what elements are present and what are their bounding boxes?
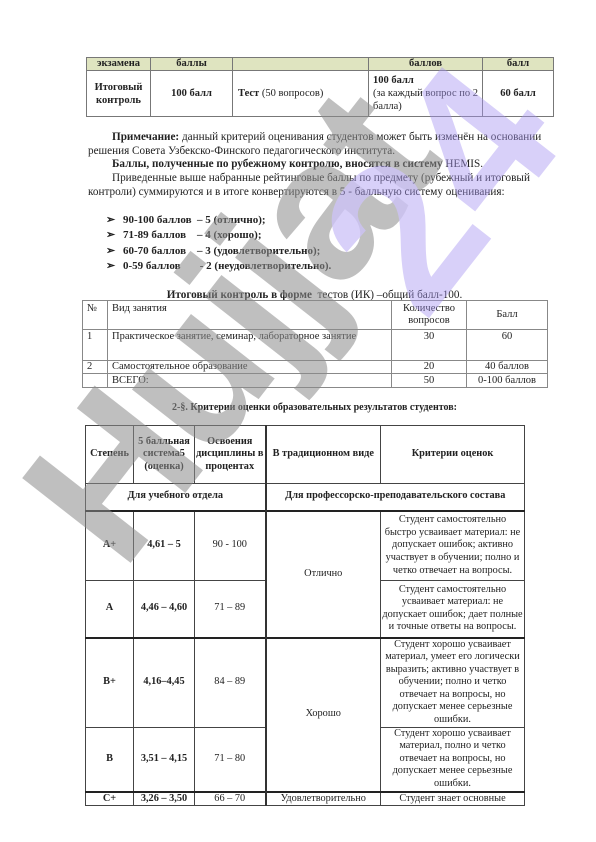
grade-text: 60-70 баллов – 3 (удовлетворительно); (123, 245, 320, 257)
header-cell: Количество вопросов (392, 301, 467, 330)
traditional-cell: Хорошо (266, 638, 381, 792)
subheader-cell: Для профессорско-преподавательского сост… (266, 484, 525, 511)
header-cell: баллы (151, 58, 233, 71)
table-row: ВСЕГО: 50 0-100 баллов (83, 374, 548, 388)
percent-cell: 71 – 89 (195, 581, 266, 638)
grade-text: 90-100 баллов – 5 (отлично); (123, 214, 266, 226)
num-cell: 2 (83, 361, 108, 374)
questions-cell: 30 (392, 330, 467, 361)
score-bold: 100 балл (373, 74, 482, 87)
hemis-paragraph: Баллы, полученные по рубежному контролю,… (88, 158, 548, 172)
table-row: B+ 4,16–4,45 84 – 89 Хорошо Студент хоро… (86, 638, 525, 728)
section-heading: 2-§. Критерии оценки образовательных рез… (82, 402, 547, 415)
header-cell: экзамена (87, 58, 151, 71)
score-cell: 40 баллов (467, 361, 548, 374)
table-subheader-row: Для учебного отдела Для профессорско-пре… (86, 484, 525, 511)
header-cell: балл (483, 58, 554, 71)
num-cell: 1 (83, 330, 108, 361)
table-row: 2 Самостоятельное образование 20 40 балл… (83, 361, 548, 374)
control-type-cell: Итоговый контроль (87, 71, 151, 117)
grade-cell: C+ (86, 792, 134, 806)
header-cell: В традиционном виде (266, 426, 381, 484)
five-point-cell: 3,51 – 4,15 (134, 727, 195, 791)
header-cell: Балл (467, 301, 548, 330)
subheader-cell: Для учебного отдела (86, 484, 266, 511)
header-cell: Степень (86, 426, 134, 484)
criteria-cell: Студент хорошо усваивает материал, умеет… (381, 638, 525, 728)
score-note: (за каждый вопрос по 2 балла) (373, 88, 478, 112)
header-cell: 5 балльная система5 (оценка) (134, 426, 195, 484)
five-point-cell: 4,61 – 5 (134, 511, 195, 581)
final-control-test-table: № Вид занятия Количество вопросов Балл 1… (82, 300, 548, 388)
five-point-cell: 3,26 – 3,50 (134, 792, 195, 806)
table-row: 1 Практическое занятие, семинар, лаборат… (83, 330, 548, 361)
conversion-paragraph: Приведенные выше набранные рейтинговые б… (88, 172, 548, 199)
note-label: Примечание: (112, 131, 179, 143)
hemis-tail: HEMIS. (443, 158, 483, 170)
grade-cell: A (86, 581, 134, 638)
traditional-cell: Отлично (266, 511, 381, 638)
questions-cell: 50 (392, 374, 467, 388)
arrow-bullet-icon: ➢ (106, 244, 123, 259)
header-cell: баллов (369, 58, 483, 71)
note-paragraph: Примечание: данный критерий оценивания с… (88, 131, 548, 158)
header-cell: Освоения дисциплины в процентах (195, 426, 266, 484)
grade-cell: B+ (86, 638, 134, 728)
percent-cell: 90 - 100 (195, 511, 266, 581)
criteria-cell: Студент знает основные (381, 792, 525, 806)
form-rest: (50 вопросов) (259, 88, 323, 99)
max-score-cell: 100 балл (151, 71, 233, 117)
list-item: ➢90-100 баллов – 5 (отлично); (106, 213, 331, 228)
criteria-cell: Студент самостоятельно усваивает материа… (381, 581, 525, 638)
list-item: ➢71-89 баллов – 4 (хорошо); (106, 228, 331, 243)
grade-cell: B (86, 727, 134, 791)
table-header-row: № Вид занятия Количество вопросов Балл (83, 301, 548, 330)
form-bold: Тест (238, 88, 259, 99)
grade-cell: A+ (86, 511, 134, 581)
table-row: A+ 4,61 – 5 90 - 100 Отлично Студент сам… (86, 511, 525, 581)
score-cell: 60 (467, 330, 548, 361)
arrow-bullet-icon: ➢ (106, 259, 123, 274)
arrow-bullet-icon: ➢ (106, 228, 123, 243)
num-cell (83, 374, 108, 388)
type-cell: ВСЕГО: (108, 374, 392, 388)
header-cell: Вид занятия (108, 301, 392, 330)
score-cell: 100 балл(за каждый вопрос по 2 балла) (369, 71, 483, 117)
hemis-bold: Баллы, полученные по рубежному контролю,… (112, 158, 443, 170)
pass-score-cell: 60 балл (483, 71, 554, 117)
table-header-row: Степень 5 балльная система5 (оценка) Осв… (86, 426, 525, 484)
percent-cell: 66 – 70 (195, 792, 266, 806)
header-cell (233, 58, 369, 71)
grade-text: 0-59 баллов - 2 (неудовлетворительно). (123, 260, 331, 272)
type-cell: Самостоятельное образование (108, 361, 392, 374)
criteria-cell: Студент самостоятельно быстро усваивает … (381, 511, 525, 581)
list-item: ➢60-70 баллов – 3 (удовлетворительно); (106, 244, 331, 259)
five-point-cell: 4,46 – 4,60 (134, 581, 195, 638)
criteria-cell: Студент хорошо усваивает материал, полно… (381, 727, 525, 791)
header-cell: № (83, 301, 108, 330)
five-point-cell: 4,16–4,45 (134, 638, 195, 728)
grade-scale-list: ➢90-100 баллов – 5 (отлично); ➢71-89 бал… (106, 213, 331, 275)
table-header-row: экзамена баллы баллов балл (87, 58, 554, 71)
table-row: Итоговый контроль 100 балл Тест (50 вопр… (87, 71, 554, 117)
grade-text: 71-89 баллов – 4 (хорошо); (123, 229, 262, 241)
header-cell: Критерии оценок (381, 426, 525, 484)
table-row: C+ 3,26 – 3,50 66 – 70 Удовлетворительно… (86, 792, 525, 806)
questions-cell: 20 (392, 361, 467, 374)
grading-criteria-table: Степень 5 балльная система5 (оценка) Осв… (85, 425, 525, 806)
arrow-bullet-icon: ➢ (106, 213, 123, 228)
form-cell: Тест (50 вопросов) (233, 71, 369, 117)
list-item: ➢0-59 баллов - 2 (неудовлетворительно). (106, 259, 331, 274)
percent-cell: 84 – 89 (195, 638, 266, 728)
score-cell: 0-100 баллов (467, 374, 548, 388)
final-control-summary-table: экзамена баллы баллов балл Итоговый конт… (86, 57, 554, 117)
type-cell: Практическое занятие, семинар, лаборатор… (108, 330, 392, 361)
percent-cell: 71 – 80 (195, 727, 266, 791)
traditional-cell: Удовлетворительно (266, 792, 381, 806)
